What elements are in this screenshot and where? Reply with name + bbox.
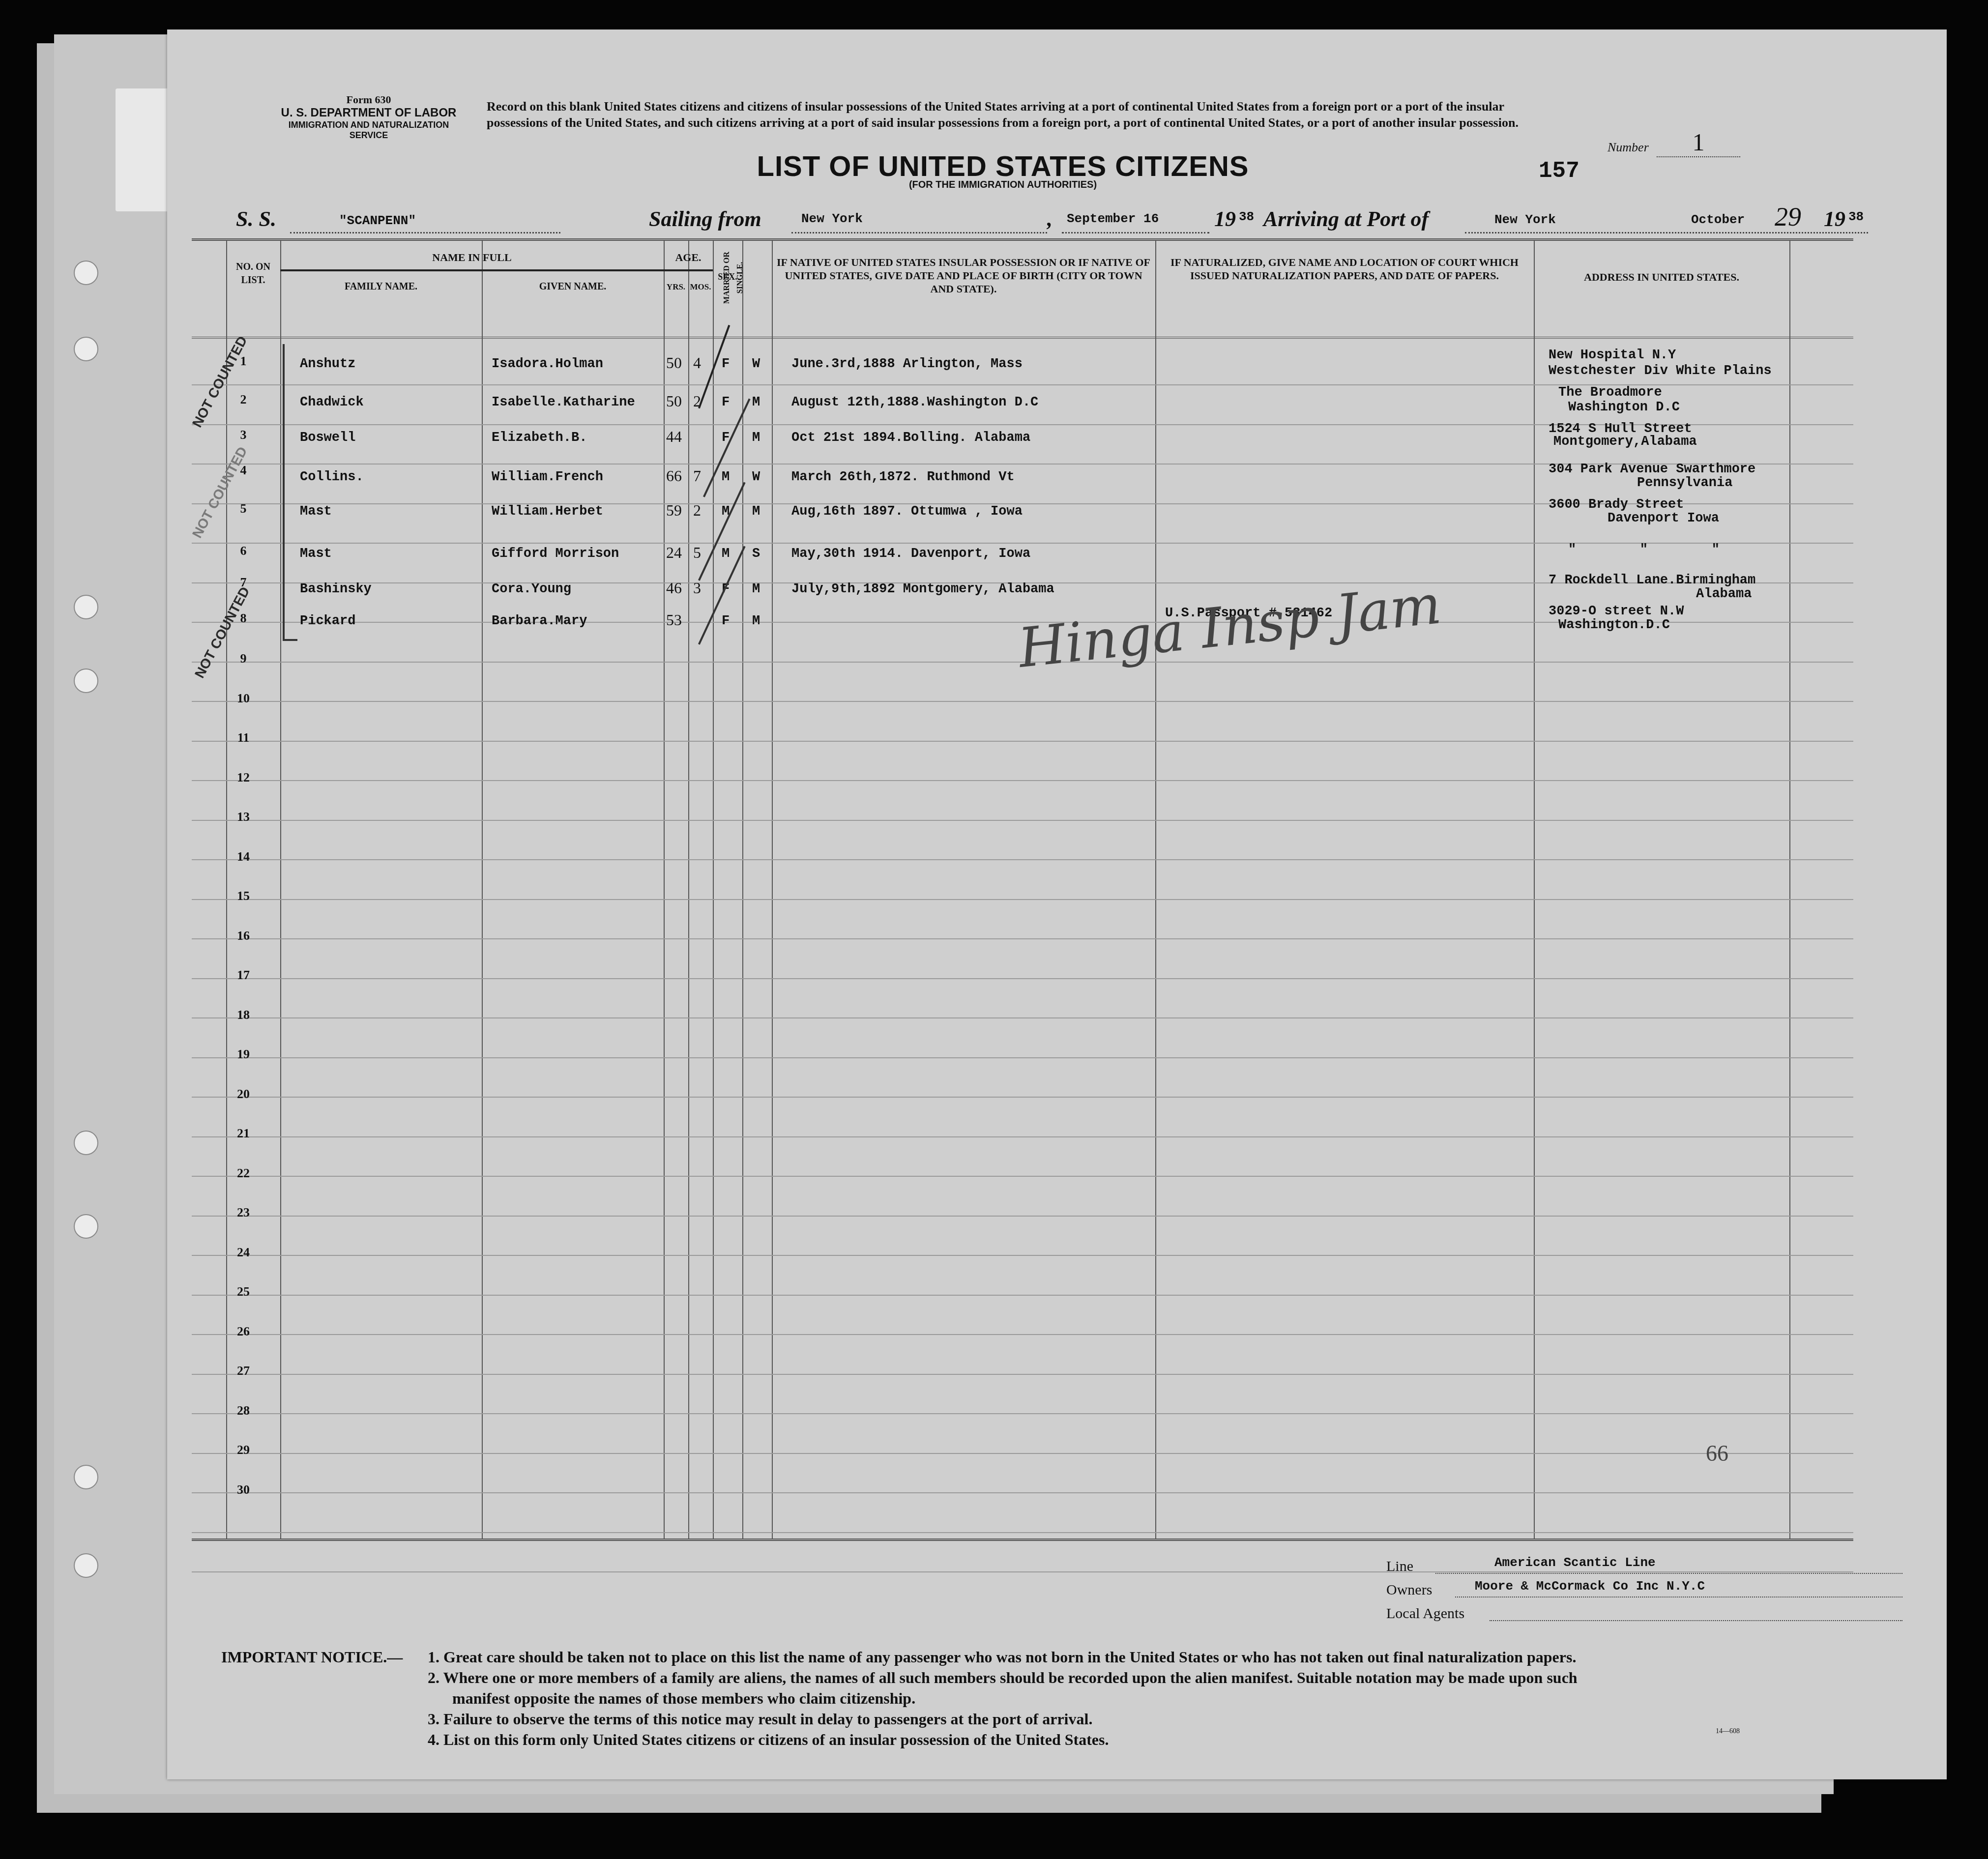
arriving-label: Arriving at Port of (1263, 206, 1429, 232)
age-months: 3 (693, 579, 701, 597)
sailing-from-port: New York (801, 211, 863, 226)
address-line-1: 3600 Brady Street (1549, 497, 1684, 512)
address-line-2: Washington D.C (1568, 400, 1680, 415)
page-title: LIST OF UNITED STATES CITIZENS (732, 150, 1273, 183)
age-years: 53 (666, 611, 682, 629)
binder-hole (74, 1131, 98, 1155)
age-years: 24 (666, 544, 682, 562)
header-birth: IF NATIVE OF UNITED STATES INSULAR POSSE… (777, 256, 1150, 295)
departure-date: September 16 (1067, 211, 1159, 226)
row-number: 24 (226, 1245, 261, 1260)
binder-hole (74, 1465, 98, 1489)
row-number: 20 (226, 1087, 261, 1102)
sex: F (722, 357, 730, 372)
header-yrs: Yrs. (664, 280, 688, 293)
address-line-1: The Broadmore (1558, 385, 1662, 400)
notice-item-3: 3. Failure to observe the terms of this … (428, 1709, 1092, 1729)
notice-item-1: 1. Great care should be taken not to pla… (428, 1647, 1576, 1667)
family-name: Mast (300, 547, 332, 561)
address-line-2: Alabama (1696, 587, 1752, 602)
address-line-2: Pennsylvania (1637, 476, 1732, 491)
age-years: 66 (666, 467, 682, 485)
ruled-line (192, 899, 1853, 900)
ruled-line (192, 820, 1853, 821)
form-number: Form 630 (275, 93, 462, 106)
given-name: Barbara.Mary (492, 614, 587, 629)
address-line-2: Montgomery,Alabama (1553, 435, 1697, 449)
row-number: 6 (226, 544, 261, 558)
binder-hole (74, 1214, 98, 1239)
table-row: 1 Anshutz Isadora.Holman 50 4 F W June.3… (192, 350, 1853, 384)
age-months: 2 (693, 501, 701, 520)
header-no-on-list: No. on List. (226, 261, 280, 287)
form-identifier: Form 630 U. S. DEPARTMENT OF LABOR IMMIG… (275, 93, 462, 141)
table-row: 5 Mast William.Herbet 59 2 M M Aug,16th … (192, 497, 1853, 532)
given-name: William.French (492, 470, 603, 485)
address-line-1: 7 Rockdell Lane.Birmingham (1549, 573, 1755, 588)
sex: F (722, 395, 730, 410)
header-family-name: Family Name. (280, 280, 482, 293)
header-address: ADDRESS IN UNITED STATES. (1539, 270, 1784, 284)
row-number: 13 (226, 810, 261, 824)
birth-info: Aug,16th 1897. Ottumwa , Iowa (791, 504, 1023, 519)
row-number: 12 (226, 770, 261, 785)
family-name: Anshutz (300, 357, 355, 372)
number-label: Number (1608, 140, 1649, 155)
header-mos: Mos. (688, 280, 713, 293)
table-row: 3 Boswell Elizabeth.B. 44 F M Oct 21st 1… (192, 424, 1853, 458)
birth-info: March 26th,1872. Ruthmond Vt (791, 470, 1015, 485)
ss-label: S. S. (236, 206, 276, 232)
ruled-line (192, 938, 1853, 939)
header-naturalized: IF NATURALIZED, GIVE NAME AND LOCATION O… (1165, 256, 1524, 282)
row-number: 17 (226, 968, 261, 983)
address-line-2: Davenport Iowa (1608, 511, 1719, 526)
arrival-month: October (1691, 212, 1745, 227)
sheet-mark: 66 (1706, 1440, 1728, 1466)
ruled-line (192, 1176, 1853, 1177)
binder-hole (74, 595, 98, 619)
age-months: 5 (693, 544, 701, 562)
birth-info: July,9th,1892 Montgomery, Alabama (791, 582, 1054, 597)
row-number: 3 (226, 428, 261, 442)
dotted-line (791, 232, 1047, 233)
manifest-table: No. on List. NAME IN FULL Family Name. G… (192, 238, 1853, 1541)
family-name: Pickard (300, 614, 355, 629)
sex: F (722, 614, 730, 629)
notice-item-2: 2. Where one or more members of a family… (428, 1667, 1578, 1688)
line-value: American Scantic Line (1494, 1555, 1656, 1570)
header-age: AGE. (664, 251, 713, 264)
ruled-line (192, 1453, 1853, 1454)
address-line-1: 3029-O street N.W (1549, 604, 1684, 619)
ruled-line (192, 1216, 1853, 1217)
row-number: 18 (226, 1008, 261, 1022)
age-years: 59 (666, 501, 682, 520)
row-number: 11 (226, 730, 261, 745)
departure-year-prefix: 19 (1214, 206, 1236, 232)
family-name: Bashinsky (300, 582, 372, 597)
row-number: 25 (226, 1284, 261, 1299)
address-ditto: " " " (1568, 543, 1720, 557)
voyage-line: S. S. "SCANPENN" Sailing from New York ,… (236, 206, 1907, 241)
dotted-line (290, 232, 560, 233)
marital-status: M (752, 614, 760, 629)
marital-status: W (752, 470, 760, 485)
table-row: 2 Chadwick Isabelle.Katharine 50 2 F M A… (192, 388, 1853, 423)
row-number: 10 (226, 691, 261, 706)
paper-tab (116, 88, 170, 211)
binder-hole (74, 1553, 98, 1578)
ruled-line (192, 1374, 1853, 1375)
sailing-from-label: Sailing from (649, 206, 761, 232)
shipping-line-info: Line American Scantic Line Owners Moore … (1386, 1553, 1902, 1624)
line-row: Line American Scantic Line (1386, 1553, 1902, 1577)
owners-value: Moore & McCormack Co Inc N.Y.C (1475, 1579, 1705, 1594)
owners-row: Owners Moore & McCormack Co Inc N.Y.C (1386, 1577, 1902, 1600)
given-name: Gifford Morrison (492, 547, 619, 561)
age-years: 50 (666, 354, 682, 372)
ruled-line (192, 1492, 1853, 1493)
arrival-year-suffix: 38 (1848, 209, 1864, 224)
row-number: 26 (226, 1324, 261, 1339)
birth-info: August 12th,1888.Washington D.C (791, 395, 1038, 410)
department: U. S. DEPARTMENT OF LABOR (275, 106, 462, 120)
marital-status: M (752, 504, 760, 519)
sex: M (722, 547, 730, 561)
ruled-line (192, 1017, 1853, 1018)
marital-status: M (752, 582, 760, 597)
page-number: 157 (1539, 158, 1579, 184)
marital-status: W (752, 357, 760, 372)
ruled-line (192, 978, 1853, 979)
given-name: William.Herbet (492, 504, 603, 519)
ship-name: "SCANPENN" (339, 213, 416, 228)
family-name: Boswell (300, 431, 355, 445)
row-number: 30 (226, 1482, 261, 1497)
local-agents-row: Local Agents (1386, 1600, 1902, 1624)
service: IMMIGRATION AND NATURALIZATION SERVICE (275, 120, 462, 141)
given-name: Cora.Young (492, 582, 571, 597)
birth-info: May,30th 1914. Davenport, Iowa (791, 547, 1030, 561)
notice-heading: IMPORTANT NOTICE.— (221, 1647, 403, 1667)
ruled-line (192, 1097, 1853, 1098)
ruled-line (192, 1532, 1853, 1533)
ruled-line (192, 1136, 1853, 1137)
ruled-line (192, 1295, 1853, 1296)
notice-item-4: 4. List on this form only United States … (428, 1729, 1109, 1750)
row-number: 28 (226, 1403, 261, 1418)
header-married-or-single: Married or Single. (720, 241, 747, 315)
row-number: 27 (226, 1364, 261, 1378)
given-name: Isadora.Holman (492, 357, 603, 372)
line-label: Line (1386, 1558, 1413, 1575)
given-name: Elizabeth.B. (492, 431, 587, 445)
age-months: 7 (693, 467, 701, 485)
family-name: Collins. (300, 470, 364, 485)
header-name-in-full: NAME IN FULL (280, 251, 664, 264)
binder-hole (74, 668, 98, 693)
row-number: 14 (226, 849, 261, 864)
dotted-line (1062, 232, 1209, 233)
ruled-line (192, 741, 1853, 742)
binder-hole (74, 261, 98, 285)
notice-item-2-cont: manifest opposite the names of those mem… (452, 1688, 915, 1709)
age-years: 46 (666, 579, 682, 597)
address-line-1: New Hospital N.Y (1549, 348, 1676, 363)
row-number: 5 (226, 501, 261, 516)
binder-hole (74, 337, 98, 361)
age-years: 50 (666, 392, 682, 410)
arrival-year-prefix: 19 (1824, 206, 1845, 232)
header-given-name: Given Name. (482, 280, 664, 293)
ruled-line (192, 780, 1853, 781)
form-instructions: Record on this blank United States citiz… (487, 98, 1544, 131)
row-number: 16 (226, 929, 261, 943)
departure-year-suffix: 38 (1239, 209, 1254, 224)
marital-status: M (752, 431, 760, 445)
number-value: 1 (1657, 128, 1740, 157)
row-number: 22 (226, 1166, 261, 1181)
row-number: 29 (226, 1443, 261, 1457)
row-number: 9 (226, 651, 261, 666)
marital-status: M (752, 395, 760, 410)
ruled-line (192, 1057, 1853, 1058)
row-number: 2 (226, 392, 261, 407)
table-row: 4 Collins. William.French 66 7 M W March… (192, 463, 1853, 497)
ruled-line (192, 859, 1853, 860)
birth-info: June.3rd,1888 Arlington, Mass (791, 357, 1023, 372)
row-number: 23 (226, 1205, 261, 1220)
arrival-day: 29 (1775, 202, 1801, 232)
row-number: 15 (226, 889, 261, 903)
dotted-line (1465, 232, 1868, 233)
print-code: 14—608 (1716, 1728, 1740, 1736)
address-line-2: Westchester Div White Plains (1549, 364, 1772, 378)
row-number: 19 (226, 1047, 261, 1062)
age-years: 44 (666, 428, 682, 446)
given-name: Isabelle.Katharine (492, 395, 635, 410)
arrival-port: New York (1494, 212, 1556, 227)
local-agents-label: Local Agents (1386, 1605, 1464, 1622)
ruled-line (192, 1334, 1853, 1335)
owners-label: Owners (1386, 1582, 1432, 1598)
manifest-page: Form 630 U. S. DEPARTMENT OF LABOR IMMIG… (167, 29, 1947, 1779)
ruled-line (192, 1413, 1853, 1414)
family-name: Mast (300, 504, 332, 519)
ruled-line (192, 701, 1853, 702)
address-line-1: 304 Park Avenue Swarthmore (1549, 462, 1755, 477)
age-months: 4 (693, 354, 701, 372)
address-line-2: Washington.D.C (1558, 618, 1670, 633)
sex: M (722, 470, 730, 485)
marital-status: S (752, 547, 760, 561)
page-subtitle: (FOR THE IMMIGRATION AUTHORITIES) (732, 179, 1273, 191)
family-name: Chadwick (300, 395, 364, 410)
table-row: 6 Mast Gifford Morrison 24 5 M S May,30t… (192, 540, 1853, 574)
row-number: 21 (226, 1126, 261, 1141)
birth-info: Oct 21st 1894.Bolling. Alabama (791, 431, 1030, 445)
ruled-line (192, 1255, 1853, 1256)
